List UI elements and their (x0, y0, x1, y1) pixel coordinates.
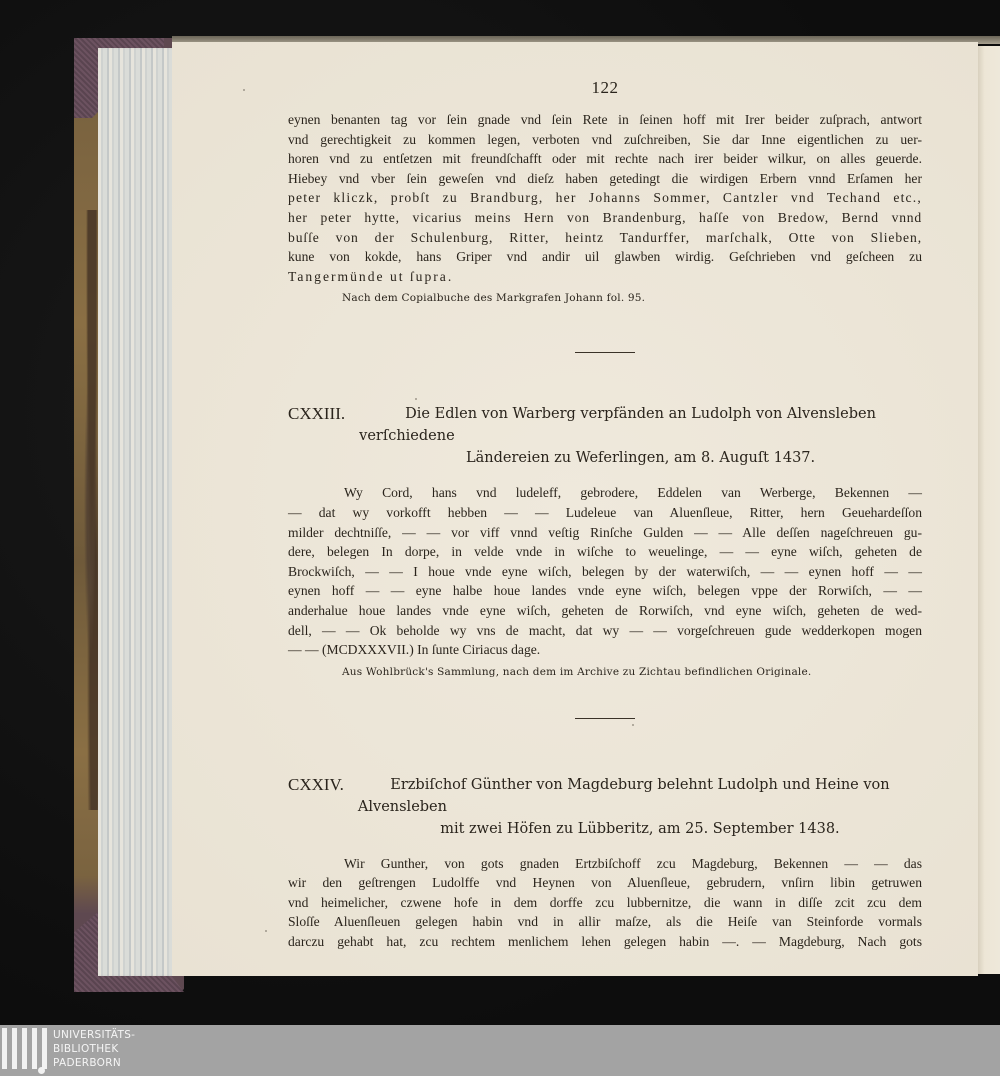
text-line: vnd heimelicher, czwene hofe in dem dorf… (288, 893, 922, 913)
logo-line: PADERBORN (53, 1056, 135, 1070)
text-line: buſſe von der Schulenburg, Ritter, heint… (288, 228, 922, 248)
text-line: her peter hytte, vicarius meins Hern von… (288, 208, 922, 228)
text-line: — dat wy vorkofft hebben — — Ludeleue va… (288, 503, 922, 523)
source-citation: Aus Wohlbrück's Sammlung, nach dem im Ar… (342, 666, 922, 678)
text-line: eynen hoff — — eyne halbe houe landes vn… (288, 581, 922, 601)
text-line: Hiebey vnd vber ſein geweſen vnd dieſz h… (288, 169, 922, 189)
text-line: Wir Gunther, von gots gnaden Ertzbiſchof… (288, 854, 922, 874)
page-block-edges (98, 48, 176, 976)
section-heading: CXXIV. Erzbiſchof Günther von Magdeburg … (288, 774, 922, 840)
text-line: — — (MCDXXXVII.) In ſunte Ciriacus dage. (288, 640, 922, 660)
section-title: Erzbiſchof Günther von Magdeburg belehnt… (358, 774, 922, 840)
text-line: dere, belegen In dorpe, in velde vnde in… (288, 542, 922, 562)
paper-speck (265, 930, 267, 932)
section-number: CXXIII. (288, 403, 345, 469)
continuation-text: eynen benanten tag vor ſein gnade vnd ſe… (288, 110, 922, 304)
facing-page-edge (978, 46, 1000, 974)
text-line: wir den geſtrengen Ludolffe vnd Heynen v… (288, 873, 922, 893)
text-line: anderhalue houe landes vnde eyne wiſch, … (288, 601, 922, 621)
section-title-line: mit zwei Höfen zu Lübberitz, am 25. Sept… (358, 818, 922, 840)
section-title-line: Erzbiſchof Günther von Magdeburg belehnt… (358, 774, 922, 818)
logo-line: UNIVERSITÄTS- (53, 1028, 135, 1042)
page-text: 122 eynen benanten tag vor ſein gnade vn… (288, 70, 922, 952)
section-title-line: Die Edlen von Warberg verpfänden an Ludo… (359, 403, 922, 447)
text-line: peter kliczk, probſt zu Brandburg, her J… (288, 188, 922, 208)
section-title: Die Edlen von Warberg verpfänden an Ludo… (359, 403, 922, 469)
text-line: eynen benanten tag vor ſein gnade vnd ſe… (288, 110, 922, 130)
page-number: 122 (288, 78, 922, 98)
text-line: milder dechtniſſe, — — vor viff vnnd veſ… (288, 523, 922, 543)
section-title-line: Ländereien zu Weferlingen, am 8. Auguſt … (359, 447, 922, 469)
library-logo-text: UNIVERSITÄTS- BIBLIOTHEK PADERBORN (53, 1028, 135, 1070)
document-section-cxxiv: CXXIV. Erzbiſchof Günther von Magdeburg … (288, 774, 922, 952)
text-line: Brockwiſch, — — I houe vnde eyne wiſch, … (288, 562, 922, 582)
library-footer-bar: UNIVERSITÄTS- BIBLIOTHEK PADERBORN (0, 1025, 1000, 1076)
text-line: horen vnd zu entſetzen mit freundſchafft… (288, 149, 922, 169)
library-logo-icon (2, 1028, 47, 1069)
text-line: Tangermünde ut ſupra. (288, 267, 922, 287)
section-number: CXXIV. (288, 774, 344, 840)
text-line: dell, — — Ok beholde wy vns de macht, da… (288, 621, 922, 641)
section-heading: CXXIII. Die Edlen von Warberg verpfänden… (288, 403, 922, 469)
source-citation: Nach dem Copialbuche des Markgrafen Joha… (342, 292, 922, 304)
text-line: kune von kokde, hans Griper vnd andir ui… (288, 247, 922, 267)
text-line: Sloſſe Aluenſleuen gelegen habin vnd in … (288, 912, 922, 932)
text-line: vnd gerechtigkeit zu kommen legen, verbo… (288, 130, 922, 150)
library-logo-dot-icon (38, 1067, 45, 1074)
logo-line: BIBLIOTHEK (53, 1042, 135, 1056)
paper-speck (243, 89, 245, 91)
document-section-cxxiii: CXXIII. Die Edlen von Warberg verpfänden… (288, 403, 922, 677)
text-line: darczu gehabt hat, zcu rechtem menlichem… (288, 932, 922, 952)
text-line: Wy Cord, hans vnd ludeleff, gebrodere, E… (288, 483, 922, 503)
